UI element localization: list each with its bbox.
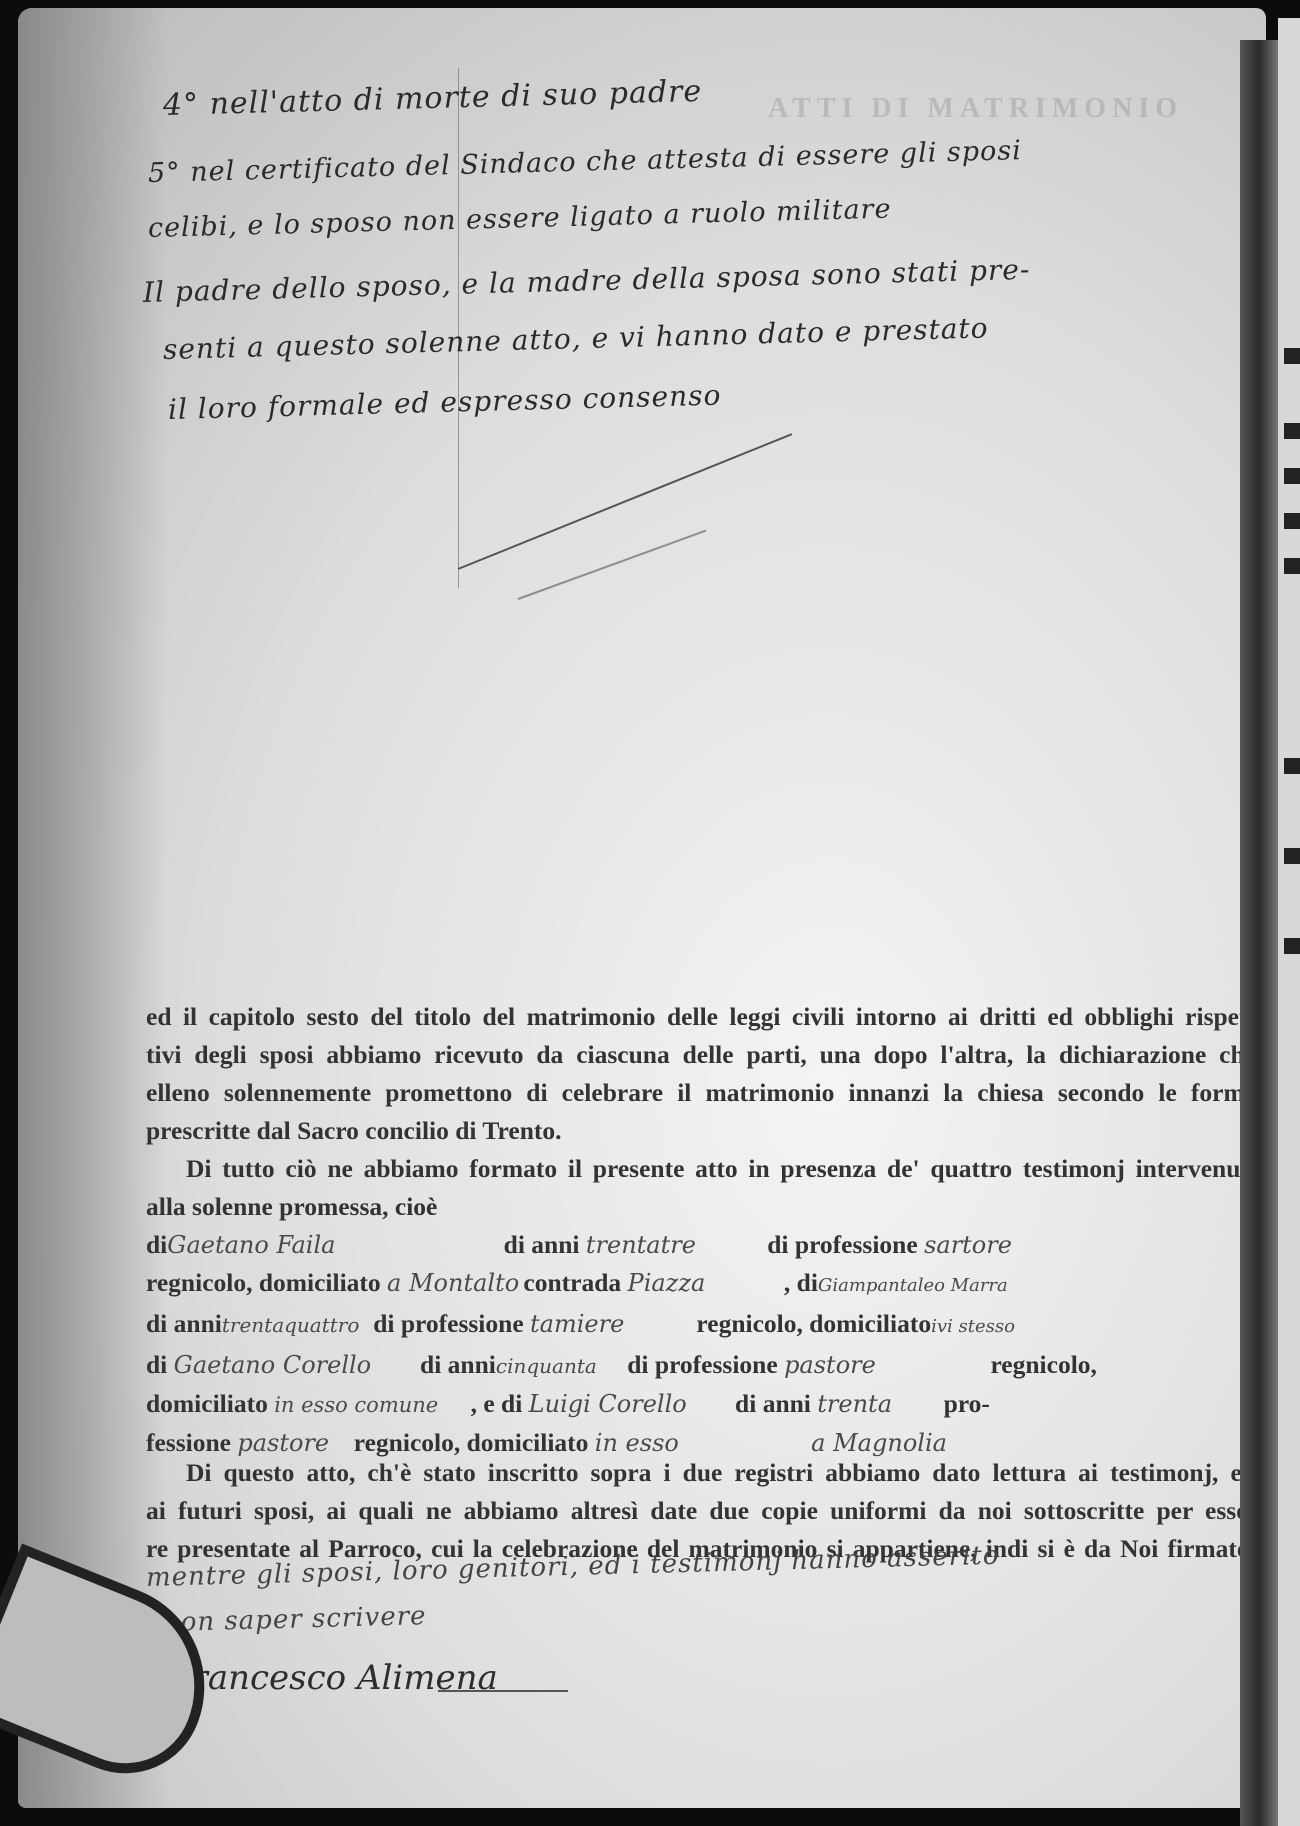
witness-line-2: regnicolo, domiciliato a Montalto contra… bbox=[146, 1264, 1256, 1305]
printed-line: Di questo atto, ch'è stato inscritto sop… bbox=[146, 1454, 1256, 1492]
witness-block: diGaetano Faila di anni trentatre di pro… bbox=[146, 1226, 1256, 1462]
printed-line: ai futuri sposi, ai quali ne abbiamo alt… bbox=[146, 1492, 1256, 1530]
printed-line: elleno solennemente promettono di celebr… bbox=[146, 1074, 1256, 1112]
handwritten-line: 5° nel certificato del Sindaco che attes… bbox=[148, 135, 1023, 189]
witness-line-5: domiciliato in esso comune , e di Luigi … bbox=[146, 1385, 1256, 1424]
handwritten-line: il loro formale ed espresso consenso bbox=[168, 379, 722, 426]
printed-paragraph: ed il capitolo sesto del titolo del matr… bbox=[146, 998, 1256, 1226]
witness-1-profession: sartore bbox=[924, 1231, 1012, 1259]
signature-flourish bbox=[438, 1690, 568, 1692]
witness-2-domicile: ivi stesso bbox=[931, 1316, 1015, 1337]
handwritten-line: celibi, e lo sposo non essere ligato a r… bbox=[148, 194, 892, 244]
handwritten-line: non saper scrivere bbox=[163, 1601, 427, 1638]
witness-4-name: Luigi Corello bbox=[529, 1385, 729, 1423]
witness-1-domicile: a Montalto bbox=[387, 1264, 517, 1302]
witness-3-domicile: in esso comune bbox=[274, 1386, 464, 1424]
printed-line: prescritte dal Sacro concilio di Trento. bbox=[146, 1112, 1256, 1150]
witness-4-place: a Magnolia bbox=[811, 1429, 947, 1457]
printed-line: tivi degli sposi abbiamo ricevuto da cia… bbox=[146, 1036, 1256, 1074]
document-page: ATTI DI MATRIMONIO 4° nell'atto di morte… bbox=[18, 8, 1266, 1808]
witness-2-age: trentaquattro bbox=[222, 1306, 367, 1344]
witness-1-street: Piazza bbox=[628, 1264, 778, 1302]
signature: Francesco Alimena bbox=[168, 1658, 498, 1698]
witness-1-name: Gaetano Faila bbox=[167, 1226, 497, 1264]
witness-3-name: Gaetano Corello bbox=[174, 1346, 414, 1384]
strike-line bbox=[458, 433, 793, 570]
witness-3-age: cinquanta bbox=[496, 1347, 621, 1385]
strike-line bbox=[518, 530, 707, 600]
printed-line: Di tutto ciò ne abbiamo formato il prese… bbox=[146, 1150, 1256, 1188]
witness-1-age: trentatre bbox=[586, 1226, 761, 1264]
book-gutter bbox=[1240, 40, 1278, 1826]
handwritten-line: 4° nell'atto di morte di suo padre bbox=[163, 74, 703, 123]
printed-line: ed il capitolo sesto del titolo del matr… bbox=[146, 998, 1256, 1036]
witness-3-profession: pastore bbox=[784, 1346, 984, 1384]
witness-4-age: trenta bbox=[817, 1385, 937, 1423]
printed-line: alla solenne promessa, cioè bbox=[146, 1188, 1256, 1226]
witness-line-1: diGaetano Faila di anni trentatre di pro… bbox=[146, 1226, 1256, 1264]
ghost-form-title: ATTI DI MATRIMONIO bbox=[768, 93, 1183, 125]
witness-line-4: di Gaetano Corello di annicinquanta di p… bbox=[146, 1346, 1256, 1385]
witness-2-name: Giampantaleo Marra bbox=[818, 1275, 1008, 1296]
witness-2-profession: tamiere bbox=[530, 1305, 690, 1343]
handwritten-line: senti a questo solenne atto, e vi hanno … bbox=[163, 311, 989, 366]
next-page-edge bbox=[1278, 18, 1300, 1826]
witness-line-3: di annitrentaquattro di professione tami… bbox=[146, 1305, 1256, 1346]
handwritten-line: Il padre dello sposo, e la madre della s… bbox=[143, 253, 1031, 309]
